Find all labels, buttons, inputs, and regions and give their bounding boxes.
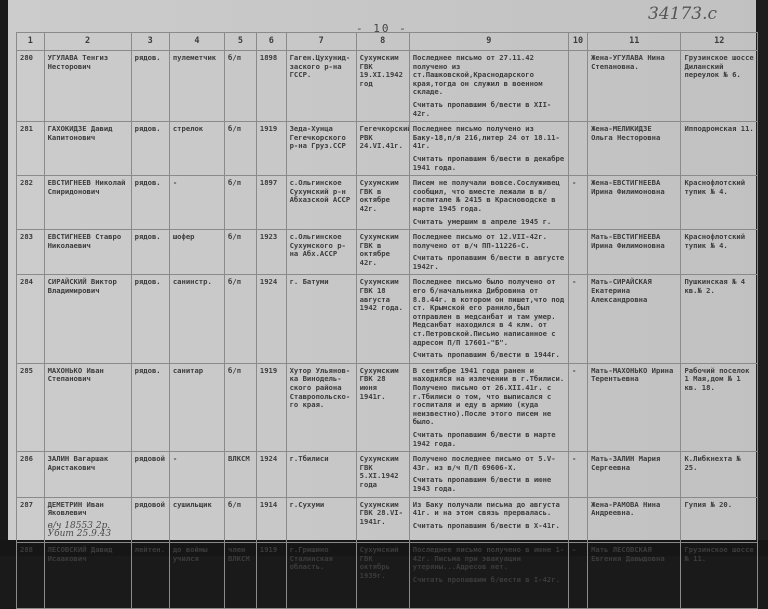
cell-rank: лейтен. — [131, 542, 169, 556]
position-text: - — [173, 454, 177, 463]
cell-name: ЕВСТИГНЕЕВ Ставро Николаевич — [44, 230, 131, 275]
cell-relative: Жена-РАМОВА Нина Андреевна. — [588, 497, 681, 542]
cell-drafted: Гегечкорский РВК 24.VI.41г. — [356, 122, 409, 176]
position-text: санитар — [173, 366, 203, 375]
cell-position: до войны учился — [169, 542, 224, 556]
cell-birthplace: г.Тбилиси — [286, 452, 356, 497]
cell-no: 284 — [17, 275, 45, 363]
cell-party: ВЛКСМ — [225, 452, 257, 497]
cell-col10 — [568, 122, 587, 176]
rank-text: рядов. — [135, 366, 161, 375]
year-text: 1919 — [260, 124, 277, 133]
table-row: 288ЛЕСОВСКИЙ Давид Исааковичлейтен.до во… — [17, 542, 758, 556]
name-text: ГАХОКИДЗЕ Давид Капитонович — [48, 124, 113, 142]
cell-relative: Мать-МАХОНЬКО Ирина Терентьевна — [588, 363, 681, 451]
cell-relative: Мать-ЗАЛИН Мария Сергеевна — [588, 452, 681, 497]
cell-no: 285 — [17, 363, 45, 451]
cell-party: б/п — [225, 275, 257, 363]
details-text: Последнее письмо было получено от его б/… — [413, 277, 564, 346]
name-text: ЛЕСОВСКИЙ Давид Исаакович — [48, 545, 113, 556]
details-note: Считать пропавшим б/вести в июне 1943 го… — [413, 476, 565, 493]
cell-birthplace: Гаген.Цухунид-заского р-на ГССР. — [286, 51, 356, 122]
address-text: Грузинское шоссе Диланский переулок № 6. — [684, 53, 753, 79]
cell-relative: Мать-СИРАЙСКАЯ Екатерина Александровна — [588, 275, 681, 363]
col10-text: - — [572, 454, 576, 463]
details-note: Считать умершим в апреле 1945 г. — [413, 218, 565, 227]
cell-year: 1914 — [256, 497, 286, 542]
table-row: 285МАХОНЬКО Иван Степановичрядов.санитар… — [17, 363, 758, 451]
cell-year: 1924 — [256, 452, 286, 497]
cell-rank: рядов. — [131, 122, 169, 176]
column-header: 5 — [225, 33, 257, 51]
birthplace-text: г.Тбилиси — [290, 454, 329, 463]
position-text: - — [173, 178, 177, 187]
name-text: ЕВСТИГНЕЕВ Ставро Николаевич — [48, 232, 122, 250]
cell-name: МАХОНЬКО Иван Степанович — [44, 363, 131, 451]
cell-year: 1898 — [256, 51, 286, 122]
details-note: Считать пропавшим б/вести в XII-42г. — [413, 101, 565, 118]
cell-position: сушильщик — [169, 497, 224, 542]
cell-address: Краснофлотский тупик № 4. — [681, 230, 758, 275]
register-table: 1 2 3 4 5 6 7 8 9 10 11 12 280УГУЛАВА Те… — [16, 32, 758, 556]
cell-party: член ВЛКСМ — [225, 542, 257, 556]
position-text: до войны учился — [173, 545, 208, 556]
cell-details: Последнее письмо от 12.VII-42г. получено… — [409, 230, 568, 275]
cell-position: - — [169, 176, 224, 230]
header-row: 1 2 3 4 5 6 7 8 9 10 11 12 — [17, 33, 758, 51]
year-text: 1919 — [260, 545, 277, 554]
name-text: ДЕМЕТРИН Иван Яковлевич — [48, 500, 104, 518]
cell-year: 1923 — [256, 230, 286, 275]
cell-details: Писем не получали вовсе.Сослуживец сообщ… — [409, 176, 568, 230]
birthplace-text: Хутор Ульянов-ка Винодель-ского района С… — [290, 366, 351, 409]
party-text: б/п — [228, 53, 241, 62]
column-header: 12 — [681, 33, 758, 51]
party-text: б/п — [228, 500, 241, 509]
col10-text: - — [572, 178, 576, 187]
no-text: 284 — [20, 277, 33, 286]
cell-name: СИРАЙСКИЙ Виктор Владимирович — [44, 275, 131, 363]
cell-rank: рядовой — [131, 497, 169, 542]
party-text: б/п — [228, 277, 241, 286]
address-text: Рабочий поселок 1 Мая,дом № 1 кв. 18. — [684, 366, 749, 392]
cell-no: 286 — [17, 452, 45, 497]
details-text: Получено последнее письмо от 5.V-43г. из… — [413, 454, 556, 472]
cell-no: 282 — [17, 176, 45, 230]
cell-year: 1919 — [256, 122, 286, 176]
cell-name: ЗАЛИН Вагаршак Аристакович — [44, 452, 131, 497]
col10-text: - — [572, 277, 576, 286]
rank-text: рядовой — [135, 454, 165, 463]
cell-position: стрелок — [169, 122, 224, 176]
table-row: 287ДЕМЕТРИН Иван Яковлевичв/ч 18553 2р. … — [17, 497, 758, 542]
cell-address: Рабочий поселок 1 Мая,дом № 1 кв. 18. — [681, 363, 758, 451]
drafted-text: Сухумским ГВК в октябре 42г. — [360, 232, 399, 267]
cell-name: ДЕМЕТРИН Иван Яковлевичв/ч 18553 2р. Уби… — [44, 497, 131, 542]
party-text: б/п — [228, 124, 241, 133]
cell-relative: Жена-УГУЛАВА Нина Степановна. — [588, 51, 681, 122]
cell-col10: - — [568, 275, 587, 363]
party-text: б/п — [228, 366, 241, 375]
year-text: 1914 — [260, 500, 277, 509]
name-text: ЗАЛИН Вагаршак Аристакович — [48, 454, 109, 472]
address-text: К.Либкнехта № 25. — [684, 454, 740, 472]
party-text: член ВЛКСМ — [228, 545, 250, 556]
cell-rank: рядов. — [131, 176, 169, 230]
cell-col10 — [568, 497, 587, 542]
archive-code: 34173.с — [648, 4, 717, 24]
details-text: Из Баку получали письма до августа 41г. … — [413, 500, 560, 518]
cell-name: ГАХОКИДЗЕ Давид Капитонович — [44, 122, 131, 176]
cell-drafted: Сухумским ГВК 28 июня 1941г. — [356, 363, 409, 451]
table-row: 284СИРАЙСКИЙ Виктор Владимировичрядов.са… — [17, 275, 758, 363]
no-text: 285 — [20, 366, 33, 375]
column-header: 1 — [17, 33, 45, 51]
cell-no: 280 — [17, 51, 45, 122]
cell-drafted: Сухумским ГВК 5.XI.1942 года — [356, 452, 409, 497]
no-text: 280 — [20, 53, 33, 62]
cell-details: Последнее письмо от 27.11.42 получено из… — [409, 51, 568, 122]
cell-col10 — [568, 51, 587, 122]
cell-birthplace: Зеда-Хунца Гегечкорского р-на Груз.ССР — [286, 122, 356, 176]
cell-col10: - — [568, 542, 587, 556]
details-text: Последнее письмо от 27.11.42 получено из… — [413, 53, 543, 96]
cell-birthplace: с.Ольгинское Сухумский р-н Абхазской АСС… — [286, 176, 356, 230]
col10-text: - — [572, 545, 576, 554]
year-text: 1919 — [260, 366, 277, 375]
relative-text: Мать-МАХОНЬКО Ирина Терентьевна — [591, 366, 673, 384]
birthplace-text: Зеда-Хунца Гегечкорского р-на Груз.ССР — [290, 124, 346, 150]
year-text: 1923 — [260, 232, 277, 241]
cell-birthplace: с.Ольгинское Сухумского р-на Абх.АССР — [286, 230, 356, 275]
year-text: 1924 — [260, 454, 277, 463]
party-text: б/п — [228, 178, 241, 187]
cell-address: Грузинское шоссе Диланский переулок № 6. — [681, 51, 758, 122]
cell-relative: Мать ЛЕСОВСКАЯ Евгения Давыдовна — [588, 542, 681, 556]
cell-col10: - — [568, 363, 587, 451]
cell-col10: - — [568, 452, 587, 497]
name-text: СИРАЙСКИЙ Виктор Владимирович — [48, 277, 117, 295]
handwritten-note: в/ч 18553 2р. Убит 25.9.43 — [48, 522, 128, 539]
name-text: МАХОНЬКО Иван Степанович — [48, 366, 104, 384]
party-text: б/п — [228, 232, 241, 241]
cell-rank: рядов. — [131, 363, 169, 451]
drafted-text: Сухумским ГВК 18 августа 1942 года. — [360, 277, 403, 312]
relative-text: Жена-ЕВСТИГНЕЕВА Ирина Филимоновна — [591, 178, 665, 196]
address-text: Грузинское шоссе № 11. — [684, 545, 753, 556]
position-text: шофер — [173, 232, 195, 241]
cell-year: 1924 — [256, 275, 286, 363]
relative-text: Жена-УГУЛАВА Нина Степановна. — [591, 53, 665, 71]
cell-birthplace: г.Сухуми — [286, 497, 356, 542]
table-row: 282ЕВСТИГНЕЕВ Николай Спиридоновичрядов.… — [17, 176, 758, 230]
birthplace-text: г.Гришино Сталинская область. — [290, 545, 333, 556]
rank-text: рядов. — [135, 232, 161, 241]
details-text: Последнее письмо получено в июне 1-42г. … — [413, 545, 564, 556]
drafted-text: Сухумским ГВК 19.XI.1942 год — [360, 53, 403, 88]
no-text: 281 — [20, 124, 33, 133]
cell-address: Краснофлотский тупик № 4. — [681, 176, 758, 230]
column-header: 11 — [588, 33, 681, 51]
birthplace-text: Гаген.Цухунид-заского р-на ГССР. — [290, 53, 351, 79]
relative-text: Жена-МЕЛИКИДЗЕ Ольга Несторовна — [591, 124, 660, 142]
year-text: 1924 — [260, 277, 277, 286]
relative-text: Мать-СИРАЙСКАЯ Екатерина Александровна — [591, 277, 652, 303]
details-note: Считать пропавшим б/вести в августе 1942… — [413, 254, 565, 271]
party-text: ВЛКСМ — [228, 454, 250, 463]
cell-no: 287 — [17, 497, 45, 542]
cell-address: К.Либкнехта № 25. — [681, 452, 758, 497]
relative-text: Мать ЛЕСОВСКАЯ Евгения Давыдовна — [591, 545, 665, 556]
cell-position: санитар — [169, 363, 224, 451]
no-text: 282 — [20, 178, 33, 187]
year-text: 1898 — [260, 53, 277, 62]
cell-party: б/п — [225, 363, 257, 451]
details-text: Последнее письмо получено из Баку-18,п/я… — [413, 124, 560, 150]
details-note: Считать пропавшим б/вести в 1944г. — [413, 351, 565, 360]
rank-text: лейтен. — [135, 545, 165, 554]
drafted-text: Сухумский ГВК октябрь 1939г. — [360, 545, 399, 556]
birthplace-text: г. Батуми — [290, 277, 329, 286]
birthplace-text: с.Ольгинское Сухумский р-н Абхазской АСС… — [290, 178, 351, 204]
column-header: 6 — [256, 33, 286, 51]
address-text: Краснофлотский тупик № 4. — [684, 178, 745, 196]
cell-name: УГУЛАВА Тенгиз Несторович — [44, 51, 131, 122]
col10-text: - — [572, 366, 576, 375]
details-note: Считать пропавшим б/вести в декабре 1941… — [413, 155, 565, 172]
cell-position: санинстр. — [169, 275, 224, 363]
cell-drafted: Сухумским ГВК 28.VI-1941г. — [356, 497, 409, 542]
birthplace-text: г.Сухуми — [290, 500, 325, 509]
cell-col10 — [568, 230, 587, 275]
position-text: пулеметчик — [173, 53, 216, 62]
rank-text: рядов. — [135, 178, 161, 187]
cell-details: Из Баку получали письма до августа 41г. … — [409, 497, 568, 542]
position-text: сушильщик — [173, 500, 212, 509]
cell-rank: рядов. — [131, 230, 169, 275]
cell-relative: Мать-ЕВСТИГНЕЕВА Ирина Филимоновна — [588, 230, 681, 275]
cell-drafted: Сухумский ГВК октябрь 1939г. — [356, 542, 409, 556]
year-text: 1897 — [260, 178, 277, 187]
cell-details: В сентябре 1941 года ранен и находился н… — [409, 363, 568, 451]
table-row: 280УГУЛАВА Тенгиз Несторовичрядов.пулеме… — [17, 51, 758, 122]
column-header: 4 — [169, 33, 224, 51]
cell-details: Последнее письмо получено в июне 1-42г. … — [409, 542, 568, 556]
column-header: 8 — [356, 33, 409, 51]
cell-no: 283 — [17, 230, 45, 275]
cell-address: Грузинское шоссе № 11. — [681, 542, 758, 556]
cell-party: б/п — [225, 51, 257, 122]
rank-text: рядовой — [135, 500, 165, 509]
drafted-text: Сухумским ГВК 5.XI.1942 года — [360, 454, 399, 489]
cell-details: Последнее письмо было получено от его б/… — [409, 275, 568, 363]
table-row: 281ГАХОКИДЗЕ Давид Капитоновичрядов.стре… — [17, 122, 758, 176]
rank-text: рядов. — [135, 124, 161, 133]
cell-birthplace: Хутор Ульянов-ка Винодель-ского района С… — [286, 363, 356, 451]
cell-address: Гупия № 20. — [681, 497, 758, 542]
cell-rank: рядов. — [131, 275, 169, 363]
birthplace-text: с.Ольгинское Сухумского р-на Абх.АССР — [290, 232, 346, 258]
cell-details: Получено последнее письмо от 5.V-43г. из… — [409, 452, 568, 497]
address-text: Ипподромская 11. — [684, 124, 753, 133]
column-header: 10 — [568, 33, 587, 51]
rank-text: рядов. — [135, 53, 161, 62]
address-text: Пушкинская № 4 кв.№ 2. — [684, 277, 745, 295]
cell-relative: Жена-ЕВСТИГНЕЕВА Ирина Филимоновна — [588, 176, 681, 230]
details-note: Считать пропавшим б/вести в X-41г. — [413, 522, 565, 531]
cell-party: б/п — [225, 230, 257, 275]
details-text: Последнее письмо от 12.VII-42г. получено… — [413, 232, 547, 250]
details-text: В сентябре 1941 года ранен и находился н… — [413, 366, 564, 427]
relative-text: Мать-ЕВСТИГНЕЕВА Ирина Филимоновна — [591, 232, 665, 250]
cell-party: б/п — [225, 497, 257, 542]
cell-drafted: Сухумским ГВК в октябре 42г. — [356, 176, 409, 230]
drafted-text: Сухумским ГВК 28.VI-1941г. — [360, 500, 403, 526]
column-header: 9 — [409, 33, 568, 51]
cell-position: - — [169, 452, 224, 497]
cell-col10: - — [568, 176, 587, 230]
table-row: 283ЕВСТИГНЕЕВ Ставро Николаевичрядов.шоф… — [17, 230, 758, 275]
cell-party: б/п — [225, 122, 257, 176]
position-text: санинстр. — [173, 277, 212, 286]
cell-position: шофер — [169, 230, 224, 275]
cell-rank: рядов. — [131, 51, 169, 122]
cell-party: б/п — [225, 176, 257, 230]
no-text: 286 — [20, 454, 33, 463]
relative-text: Мать-ЗАЛИН Мария Сергеевна — [591, 454, 660, 472]
position-text: стрелок — [173, 124, 203, 133]
cell-drafted: Сухумским ГВК 18 августа 1942 года. — [356, 275, 409, 363]
no-text: 288 — [20, 545, 33, 554]
column-header: 2 — [44, 33, 131, 51]
cell-year: 1897 — [256, 176, 286, 230]
cell-drafted: Сухумским ГВК в октябре 42г. — [356, 230, 409, 275]
drafted-text: Гегечкорский РВК 24.VI.41г. — [360, 124, 410, 150]
cell-no: 288 — [17, 542, 45, 556]
details-note: Считать пропавшим б/вести в марте 1942 г… — [413, 431, 565, 448]
cell-year: 1919 — [256, 363, 286, 451]
address-text: Краснофлотский тупик № 4. — [684, 232, 745, 250]
cell-drafted: Сухумским ГВК 19.XI.1942 год — [356, 51, 409, 122]
cell-relative: Жена-МЕЛИКИДЗЕ Ольга Несторовна — [588, 122, 681, 176]
details-text: Писем не получали вовсе.Сослуживец сообщ… — [413, 178, 560, 213]
cell-name: ЕВСТИГНЕЕВ Николай Спиридонович — [44, 176, 131, 230]
name-text: УГУЛАВА Тенгиз Несторович — [48, 53, 109, 71]
cell-birthplace: г.Гришино Сталинская область. — [286, 542, 356, 556]
cell-address: Пушкинская № 4 кв.№ 2. — [681, 275, 758, 363]
no-text: 287 — [20, 500, 33, 509]
no-text: 283 — [20, 232, 33, 241]
cell-name: ЛЕСОВСКИЙ Давид Исаакович — [44, 542, 131, 556]
column-header: 3 — [131, 33, 169, 51]
drafted-text: Сухумским ГВК в октябре 42г. — [360, 178, 399, 213]
cell-rank: рядовой — [131, 452, 169, 497]
address-text: Гупия № 20. — [684, 500, 732, 509]
column-header: 7 — [286, 33, 356, 51]
cell-birthplace: г. Батуми — [286, 275, 356, 363]
cell-address: Ипподромская 11. — [681, 122, 758, 176]
cell-details: Последнее письмо получено из Баку-18,п/я… — [409, 122, 568, 176]
rank-text: рядов. — [135, 277, 161, 286]
table-row: 286ЗАЛИН Вагаршак Аристаковичрядовой-ВЛК… — [17, 452, 758, 497]
drafted-text: Сухумским ГВК 28 июня 1941г. — [360, 366, 399, 401]
relative-text: Жена-РАМОВА Нина Андреевна. — [591, 500, 660, 518]
name-text: ЕВСТИГНЕЕВ Николай Спиридонович — [48, 178, 126, 196]
cell-year: 1919 — [256, 542, 286, 556]
cell-position: пулеметчик — [169, 51, 224, 122]
cell-no: 281 — [17, 122, 45, 176]
